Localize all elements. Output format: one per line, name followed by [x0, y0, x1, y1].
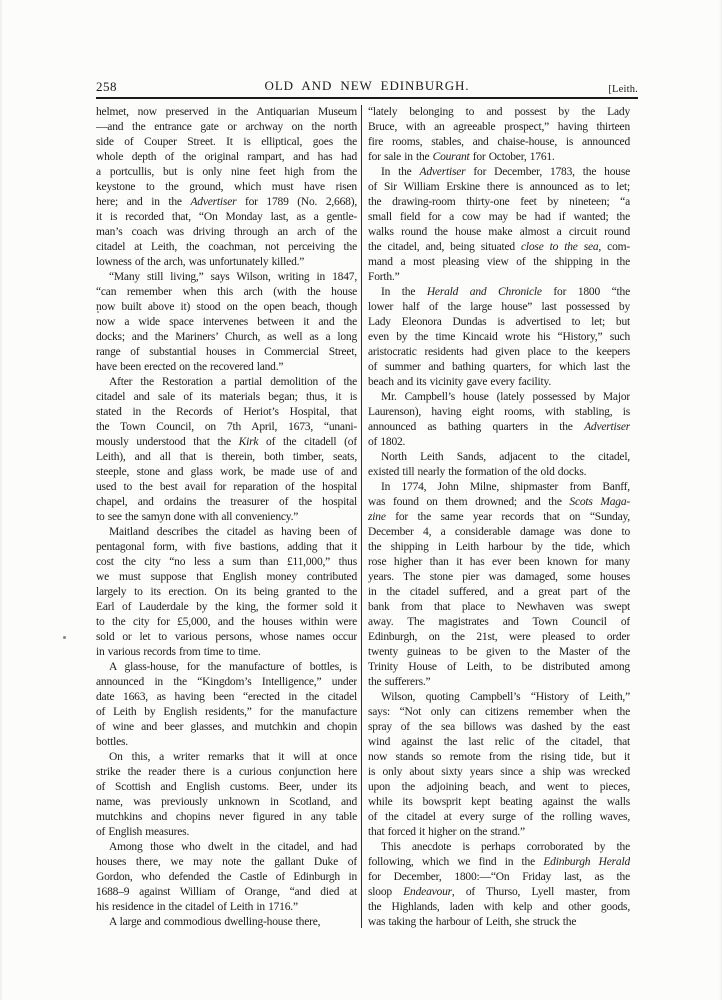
text-segment: for 1800 “the	[542, 286, 630, 298]
text-line: the Town Council, on 7th April, 1673, “u…	[96, 420, 357, 435]
text-line: whole depth of the original rampart, and…	[96, 150, 357, 165]
text-segment: to the city for £5,000, and the houses w…	[96, 616, 357, 628]
text-line: On this, a writer remarks that it will a…	[96, 750, 357, 765]
text-line: mously understood that the Kirk of the c…	[96, 435, 357, 450]
text-line: Forth.”	[368, 270, 630, 285]
text-segment: whole depth of the original rampart, and…	[96, 151, 357, 163]
text-segment: North Leith Sands, adjacent to the citad…	[381, 451, 630, 463]
text-segment: the sufferers.”	[368, 676, 430, 688]
text-line: lowness of the arch, was unfortunately k…	[96, 255, 357, 270]
text-segment: fire rooms, stables, and chaise-house, i…	[368, 136, 630, 148]
text-line: helmet, now preserved in the Antiquarian…	[96, 105, 357, 120]
header-rule	[96, 97, 638, 99]
text-line: it is recorded that, “On Monday last, as…	[96, 210, 357, 225]
text-line: now a wide space intervenes between it a…	[96, 315, 357, 330]
text-line: zine for the same year records that on “…	[368, 510, 630, 525]
text-segment: side of Couper Street. It is elliptical,…	[96, 136, 357, 148]
text-segment: now a wide space intervenes between it a…	[96, 316, 357, 328]
column-left: helmet, now preserved in the Antiquarian…	[96, 105, 357, 930]
text-segment: man’s coach was driving through an arch …	[96, 226, 357, 238]
text-segment: the Town Council, on 7th April, 1673, “u…	[96, 421, 357, 433]
text-line: now stands so remote from the rising tid…	[368, 750, 630, 765]
text-line: now built above it) stood on the open be…	[96, 300, 357, 315]
text-line: in various records from time to time.	[96, 645, 357, 660]
scan-speck	[97, 311, 99, 313]
text-segment: announced as bathing quarters in the	[368, 421, 584, 433]
text-segment: now stands so remote from the rising tid…	[368, 751, 630, 763]
text-line: his residence in the citadel of Leith in…	[96, 900, 357, 915]
text-line: the Highlands, laden with kelp and other…	[368, 900, 630, 915]
italic-text-segment: close to the sea,	[521, 241, 601, 253]
text-segment: pentagonal form, with five bastions, add…	[96, 541, 357, 553]
text-segment: for the same year records that on “Sunda…	[386, 511, 630, 523]
text-line: walks round the house make almost a circ…	[368, 225, 630, 240]
text-segment: In the	[381, 286, 427, 298]
text-line: stated in the Records of Heriot’s Hospit…	[96, 405, 357, 420]
text-line: In 1774, John Milne, shipmaster from Ban…	[368, 480, 630, 495]
text-line: In the Advertiser for December, 1783, th…	[368, 165, 630, 180]
text-line: Trinity House of Leith, to be distribute…	[368, 660, 630, 675]
text-line: twenty guineas to be given to the Master…	[368, 645, 630, 660]
text-segment: was found on them drowned; and the	[368, 496, 569, 508]
text-line: A large and commodious dwelling-house th…	[96, 915, 357, 930]
text-line: mutchkins and chopins never figured in a…	[96, 810, 357, 825]
text-line: Wilson, quoting Campbell’s “History of L…	[368, 690, 630, 705]
text-segment: strike the reader there is a curious con…	[96, 766, 357, 778]
italic-text-segment: Scots Maga-	[569, 496, 630, 508]
text-segment: Among those who dwelt in the citadel, an…	[109, 841, 357, 853]
text-line: Lady Eleonora Dundas is advertised to le…	[368, 315, 630, 330]
text-line: Among those who dwelt in the citadel, an…	[96, 840, 357, 855]
text-segment: Lady Eleonora Dundas is advertised to le…	[368, 316, 630, 328]
italic-text-segment: Kirk	[239, 436, 259, 448]
text-segment: announced in the “Kingdom’s Intelligence…	[96, 676, 357, 688]
text-line: of wine and beer glasses, and mutchkin a…	[96, 720, 357, 735]
text-line: Bruce, with an agreeable prospect,” havi…	[368, 120, 630, 135]
text-line: “lately belonging to and possest by the …	[368, 105, 630, 120]
text-segment: for December, 1783, the house	[465, 166, 630, 178]
text-segment: says: “Not only can citizens remember wh…	[368, 706, 630, 718]
text-line: —and the entrance gate or archway on the…	[96, 120, 357, 135]
text-segment: aristocratic residents had given place t…	[368, 346, 630, 358]
text-segment: mand a most pleasing view of the shippin…	[368, 256, 630, 268]
text-line: Edinburgh, on the 21st, were pleased to …	[368, 630, 630, 645]
text-line: the shipping in Leith harbour by the tid…	[368, 540, 630, 555]
text-segment: chapel, and ordains the treasurer of the…	[96, 496, 357, 508]
text-segment: Earl of Lauderdale by the king, the form…	[96, 601, 357, 613]
text-line: in the citadel suffered, and a great par…	[368, 585, 630, 600]
text-segment: Wilson, quoting Campbell’s “History of L…	[381, 691, 630, 703]
text-line: we must suppose that English money contr…	[96, 570, 357, 585]
text-line: of Sir William Erskine there is announce…	[368, 180, 630, 195]
text-segment: of English measures.	[96, 826, 189, 838]
text-line: houses there, we may note the gallant Du…	[96, 855, 357, 870]
italic-text-segment: Courant	[433, 151, 470, 163]
text-segment: for October, 1761.	[470, 151, 555, 163]
text-line: In the Herald and Chronicle for 1800 “th…	[368, 285, 630, 300]
text-segment: a portcullis, but is only nine feet high…	[96, 166, 357, 178]
text-segment: for 1789 (No. 2,668),	[236, 196, 357, 208]
text-segment: upon the adjoining beach, and went to pi…	[368, 781, 630, 793]
text-line: while its bowsprit kept beating against …	[368, 795, 630, 810]
text-segment: docks; and the Mariners’ Church, as well…	[96, 331, 357, 343]
text-segment: sloop	[368, 886, 403, 898]
text-segment: “lately belonging to and possest by the …	[368, 106, 630, 118]
text-line: Gordon, who defended the Castle of Edinb…	[96, 870, 357, 885]
text-line: of the citadel at every surge of the rol…	[368, 810, 630, 825]
text-line: used to the best avail for reparation of…	[96, 480, 357, 495]
text-line: pentagonal form, with five bastions, add…	[96, 540, 357, 555]
text-line: sold or let to various persons, whose na…	[96, 630, 357, 645]
text-segment: stated in the Records of Heriot’s Hospit…	[96, 406, 357, 418]
text-line: announced in the “Kingdom’s Intelligence…	[96, 675, 357, 690]
text-line: keystone to the ground, which must have …	[96, 180, 357, 195]
text-segment: December 4, a considerable damage was do…	[368, 526, 630, 538]
text-line: of Leith by English residents,” for the …	[96, 705, 357, 720]
header-section-label: [Leith.	[608, 84, 638, 95]
text-segment: we must suppose that English money contr…	[96, 571, 357, 583]
text-line: away. The magistrates and Town Council o…	[368, 615, 630, 630]
text-segment: even by the time Kincaid wrote his “Hist…	[368, 331, 630, 343]
text-line: the citadel, and, being situated close t…	[368, 240, 630, 255]
text-line: the drawing-room thirty-one feet by nine…	[368, 195, 630, 210]
text-segment: bottles.	[96, 736, 128, 748]
text-segment: name, was previously unknown in Scotland…	[96, 796, 357, 808]
text-segment: walks round the house make almost a circ…	[368, 226, 630, 238]
text-line: a portcullis, but is only nine feet high…	[96, 165, 357, 180]
text-segment: it is recorded that, “On Monday last, as…	[96, 211, 357, 223]
text-line: even by the time Kincaid wrote his “Hist…	[368, 330, 630, 345]
text-line: of English measures.	[96, 825, 357, 840]
italic-text-segment: Edinburgh Herald	[543, 856, 630, 868]
text-segment: “Many still living,” says Wilson, writin…	[109, 271, 357, 283]
text-line: wind against the last relic of the citad…	[368, 735, 630, 750]
text-segment: Leith), and all that is therein, both ti…	[96, 451, 357, 463]
text-segment: A glass-house, for the manufacture of bo…	[109, 661, 357, 673]
column-right: “lately belonging to and possest by the …	[368, 105, 630, 930]
text-segment: Forth.”	[368, 271, 400, 283]
text-segment: years. The stone pier was damaged, some …	[368, 571, 630, 583]
text-segment: his residence in the citadel of Leith in…	[96, 901, 298, 913]
text-segment: small field for a cow may be had if want…	[368, 211, 630, 223]
text-line: cost the city “no less a sum than £11,00…	[96, 555, 357, 570]
text-line: range of substantial houses in Commercia…	[96, 345, 357, 360]
text-segment: existed till nearly the formation of the…	[368, 466, 586, 478]
text-line: side of Couper Street. It is elliptical,…	[96, 135, 357, 150]
text-line: citadel at Leith, the coachman, not perc…	[96, 240, 357, 255]
text-line: to the city for £5,000, and the houses w…	[96, 615, 357, 630]
text-segment: beach and its vicinity gave every facili…	[368, 376, 551, 388]
text-line: largely to its erection. On its being gr…	[96, 585, 357, 600]
italic-text-segment: Herald and Chronicle	[427, 286, 542, 298]
text-line: to see the samyn done with all convenien…	[96, 510, 357, 525]
text-segment: This anecdote is perhaps corroborated by…	[381, 841, 630, 853]
text-line: steeple, stone and glass work, be made u…	[96, 465, 357, 480]
text-line: of summer and bathing quarters, for whic…	[368, 360, 630, 375]
text-segment: Maitland describes the citadel as having…	[109, 526, 357, 538]
text-segment: largely to its erection. On its being gr…	[96, 586, 357, 598]
text-segment: “can remember when this arch (with the h…	[96, 286, 357, 298]
text-segment: of Sir William Erskine there is announce…	[368, 181, 630, 193]
text-segment: of Scottish and English customs. Beer, u…	[96, 781, 357, 793]
text-line: beach and its vicinity gave every facili…	[368, 375, 630, 390]
text-segment: 1688–9 against William of Orange, “and d…	[96, 886, 357, 898]
text-segment: Mr. Campbell’s house (lately possessed b…	[381, 391, 630, 403]
text-segment: to see the samyn done with all convenien…	[96, 511, 298, 523]
text-line: announced as bathing quarters in the Adv…	[368, 420, 630, 435]
text-segment: mously understood that the	[96, 436, 239, 448]
text-segment: range of substantial houses in Commercia…	[96, 346, 357, 358]
text-line: bottles.	[96, 735, 357, 750]
text-line: Maitland describes the citadel as having…	[96, 525, 357, 540]
text-segment: while its bowsprit kept beating against …	[368, 796, 630, 808]
text-line: North Leith Sands, adjacent to the citad…	[368, 450, 630, 465]
text-line: that forced it higher on the strand.”	[368, 825, 630, 840]
text-line: lower half of the large house” last poss…	[368, 300, 630, 315]
text-segment: lowness of the arch, was unfortunately k…	[96, 256, 304, 268]
text-segment: is only about sixty years since a ship w…	[368, 766, 630, 778]
text-segment: away. The magistrates and Town Council o…	[368, 616, 630, 628]
text-segment: On this, a writer remarks that it will a…	[109, 751, 357, 763]
text-line: rose higher than it has ever been known …	[368, 555, 630, 570]
text-segment: twenty guineas to be given to the Master…	[368, 646, 630, 658]
text-line: spray of the sea billows was dashed by t…	[368, 720, 630, 735]
text-segment: Edinburgh, on the 21st, were pleased to …	[368, 631, 630, 643]
italic-text-segment: Advertiser	[584, 421, 630, 433]
text-line: Laurenson), having eight rooms, with sta…	[368, 405, 630, 420]
text-segment: date 1663, as having been “erected in th…	[96, 691, 357, 703]
text-line: December 4, a considerable damage was do…	[368, 525, 630, 540]
italic-text-segment: Endeavour	[403, 886, 452, 898]
text-segment: In 1774, John Milne, shipmaster from Ban…	[381, 481, 630, 493]
page-header: 258 OLD AND NEW EDINBURGH. [Leith.	[96, 76, 638, 95]
text-line: strike the reader there is a curious con…	[96, 765, 357, 780]
text-segment: In the	[381, 166, 420, 178]
text-line: date 1663, as having been “erected in th…	[96, 690, 357, 705]
text-segment: Laurenson), having eight rooms, with sta…	[368, 406, 630, 418]
text-segment: was taking the harbour of Leith, she str…	[368, 916, 576, 928]
text-segment: have been erected on the recovered land.…	[96, 361, 283, 373]
text-segment: rose higher than it has ever been known …	[368, 556, 630, 568]
text-line: was found on them drowned; and the Scots…	[368, 495, 630, 510]
text-line: here; and in the Advertiser for 1789 (No…	[96, 195, 357, 210]
text-segment: helmet, now preserved in the Antiquarian…	[96, 106, 357, 118]
text-segment: in various records from time to time.	[96, 646, 261, 658]
text-segment: the citadel, and, being situated	[368, 241, 521, 253]
text-line: fire rooms, stables, and chaise-house, i…	[368, 135, 630, 150]
text-segment: the Highlands, laden with kelp and other…	[368, 901, 630, 913]
text-line: have been erected on the recovered land.…	[96, 360, 357, 375]
text-line: is only about sixty years since a ship w…	[368, 765, 630, 780]
text-line: for December, 1800:—“On Friday last, as …	[368, 870, 630, 885]
text-line: 1688–9 against William of Orange, “and d…	[96, 885, 357, 900]
text-line: existed till nearly the formation of the…	[368, 465, 630, 480]
text-segment: of 1802.	[368, 436, 405, 448]
text-segment: wind against the last relic of the citad…	[368, 736, 630, 748]
text-line: docks; and the Mariners’ Church, as well…	[96, 330, 357, 345]
text-line: following, which we find in the Edinburg…	[368, 855, 630, 870]
text-line: sloop Endeavour, of Thurso, Lyell master…	[368, 885, 630, 900]
text-line: of Scottish and English customs. Beer, u…	[96, 780, 357, 795]
text-segment: Bruce, with an agreeable prospect,” havi…	[368, 121, 630, 133]
text-line: “Many still living,” says Wilson, writin…	[96, 270, 357, 285]
text-line: upon the adjoining beach, and went to pi…	[368, 780, 630, 795]
text-segment: of the citadel at every surge of the rol…	[368, 811, 630, 823]
text-segment: here; and in the	[96, 196, 190, 208]
text-segment: for sale in the	[368, 151, 433, 163]
text-segment: for December, 1800:—“On Friday last, as …	[368, 871, 630, 883]
text-segment: in the citadel suffered, and a great par…	[368, 586, 630, 598]
text-line: Mr. Campbell’s house (lately possessed b…	[368, 390, 630, 405]
text-line: man’s coach was driving through an arch …	[96, 225, 357, 240]
text-segment: the drawing-room thirty-one feet by nine…	[368, 196, 630, 208]
text-columns: helmet, now preserved in the Antiquarian…	[96, 105, 638, 930]
text-segment: cost the city “no less a sum than £11,00…	[96, 556, 357, 568]
text-segment: of Leith by English residents,” for the …	[96, 706, 357, 718]
running-title: OLD AND NEW EDINBURGH.	[96, 78, 638, 94]
text-line: bank from that place to Newhaven was swe…	[368, 600, 630, 615]
text-line: name, was previously unknown in Scotland…	[96, 795, 357, 810]
text-segment: Gordon, who defended the Castle of Edinb…	[96, 871, 357, 883]
text-line: of 1802.	[368, 435, 630, 450]
text-line: This anecdote is perhaps corroborated by…	[368, 840, 630, 855]
text-segment: used to the best avail for reparation of…	[96, 481, 357, 493]
italic-text-segment: Advertiser	[420, 166, 466, 178]
text-segment: citadel and sale of its materials began;…	[96, 391, 357, 403]
text-segment: spray of the sea billows was dashed by t…	[368, 721, 630, 733]
column-divider	[361, 105, 362, 928]
text-line: Leith), and all that is therein, both ti…	[96, 450, 357, 465]
text-segment: the shipping in Leith harbour by the tid…	[368, 541, 630, 553]
text-line: years. The stone pier was damaged, some …	[368, 570, 630, 585]
text-line: says: “Not only can citizens remember wh…	[368, 705, 630, 720]
text-segment: A large and commodious dwelling-house th…	[109, 916, 320, 928]
text-segment: —and the entrance gate or archway on the…	[96, 121, 357, 133]
book-page: 258 OLD AND NEW EDINBURGH. [Leith. helme…	[0, 0, 722, 1000]
text-line: Earl of Lauderdale by the king, the form…	[96, 600, 357, 615]
text-segment: keystone to the ground, which must have …	[96, 181, 357, 193]
text-segment: Trinity House of Leith, to be distribute…	[368, 661, 630, 673]
italic-text-segment: zine	[368, 511, 386, 523]
text-line: mand a most pleasing view of the shippin…	[368, 255, 630, 270]
text-segment: com-	[601, 241, 630, 253]
italic-text-segment: Advertiser	[190, 196, 236, 208]
text-segment: bank from that place to Newhaven was swe…	[368, 601, 630, 613]
text-line: the sufferers.”	[368, 675, 630, 690]
text-segment: citadel at Leith, the coachman, not perc…	[96, 241, 357, 253]
text-segment: of wine and beer glasses, and mutchkin a…	[96, 721, 357, 733]
text-line: small field for a cow may be had if want…	[368, 210, 630, 225]
text-segment: steeple, stone and glass work, be made u…	[96, 466, 357, 478]
text-line: citadel and sale of its materials began;…	[96, 390, 357, 405]
text-line: aristocratic residents had given place t…	[368, 345, 630, 360]
text-segment: following, which we find in the	[368, 856, 543, 868]
text-segment: of summer and bathing quarters, for whic…	[368, 361, 630, 373]
text-segment: lower half of the large house” last poss…	[368, 301, 630, 313]
text-line: chapel, and ordains the treasurer of the…	[96, 495, 357, 510]
text-segment: After the Restoration a partial demoliti…	[109, 376, 357, 388]
scan-speck	[63, 636, 66, 639]
text-line: was taking the harbour of Leith, she str…	[368, 915, 630, 930]
text-segment: that forced it higher on the strand.”	[368, 826, 525, 838]
text-segment: now built above it) stood on the open be…	[96, 301, 357, 313]
text-line: After the Restoration a partial demoliti…	[96, 375, 357, 390]
text-segment: of the citadell (of	[258, 436, 357, 448]
text-segment: mutchkins and chopins never figured in a…	[96, 811, 357, 823]
text-line: “can remember when this arch (with the h…	[96, 285, 357, 300]
text-segment: , of Thurso, Lyell master, from	[452, 886, 630, 898]
text-line: A glass-house, for the manufacture of bo…	[96, 660, 357, 675]
text-segment: sold or let to various persons, whose na…	[96, 631, 357, 643]
text-line: for sale in the Courant for October, 176…	[368, 150, 630, 165]
text-segment: houses there, we may note the gallant Du…	[96, 856, 357, 868]
